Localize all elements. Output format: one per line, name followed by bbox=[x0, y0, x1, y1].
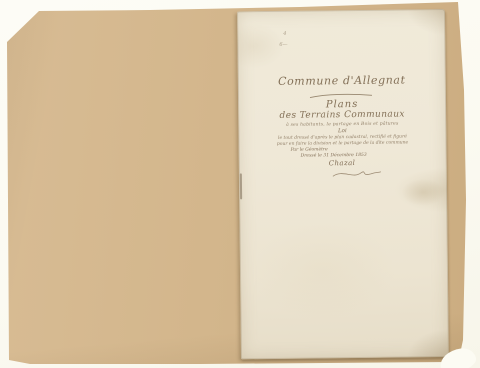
subheading-terrains: des Terrains Communaux bbox=[246, 109, 438, 121]
document-scan: 4 6— Commune d'Allegnat Plans des Terrai… bbox=[0, 0, 480, 368]
paper-edge-mark bbox=[240, 173, 242, 199]
page-title: Commune d'Allegnat bbox=[246, 73, 438, 88]
pencil-mark-2: 6— bbox=[279, 42, 287, 48]
surveyor-line: Par le Géomètre bbox=[291, 147, 381, 153]
pencil-mark-1: 4 bbox=[283, 31, 286, 37]
signature: Chazal bbox=[329, 158, 419, 167]
title-page: 4 6— Commune d'Allegnat Plans des Terrai… bbox=[237, 9, 449, 359]
paper-stain bbox=[399, 177, 447, 208]
signature-paraph-flourish bbox=[331, 168, 383, 181]
